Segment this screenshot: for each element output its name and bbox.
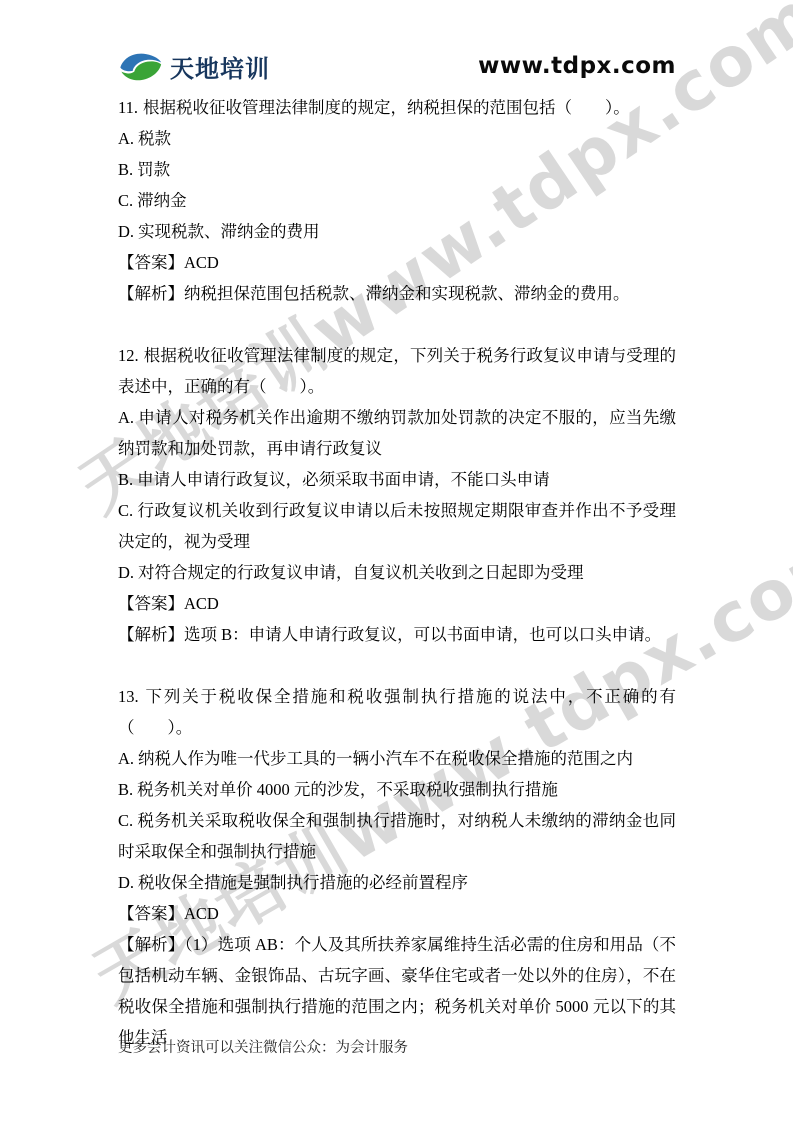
footer-note: 更多会计资讯可以关注微信公众：为会计服务 [118,1039,408,1057]
option-a: A.纳税人作为唯一代步工具的一辆小汽车不在税收保全措施的范围之内 [118,743,676,774]
option-label: B. [118,160,133,179]
question-stem: 13.下列关于税收保全措施和税收强制执行措施的说法中，不正确的有（ ）。 [118,681,676,743]
option-text: 税收保全措施是强制执行措施的必经前置程序 [138,873,468,892]
question-12: 12.根据税收征收管理法律制度的规定，下列关于税务行政复议申请与受理的表述中，正… [118,340,676,650]
website-url: www.tdpx.com [478,53,676,79]
analysis-line: 【解析】（1）选项 AB：个人及其所扶养家属维持生活必需的住房和用品（不包括机动… [118,929,676,1053]
option-c: C.税务机关采取税收保全和强制执行措施时，对纳税人未缴纳的滞纳金也同时采取保全和… [118,805,676,867]
option-b: B.罚款 [118,154,676,185]
option-c: C.滞纳金 [118,185,676,216]
analysis-label: 【解析】 [118,625,184,644]
brand-logo: 天地培训 [118,49,270,84]
swirl-logo-icon [118,51,164,82]
option-text: 滞纳金 [137,191,187,210]
option-label: D. [118,873,134,892]
analysis-text: （1）选项 AB：个人及其所扶养家属维持生活必需的住房和用品（不包括机动车辆、金… [118,935,676,1047]
option-text: 申请人申请行政复议，必须采取书面申请，不能口头申请 [137,470,550,489]
option-text: 罚款 [137,160,170,179]
answer-label: 【答案】 [118,594,184,613]
answer-label: 【答案】 [118,904,184,923]
option-text: 实现税款、滞纳金的费用 [138,222,320,241]
analysis-text: 选项 B：申请人申请行政复议，可以书面申请，也可以口头申请。 [184,625,661,644]
question-stem: 12.根据税收征收管理法律制度的规定，下列关于税务行政复议申请与受理的表述中，正… [118,340,676,402]
answer-label: 【答案】 [118,253,184,272]
option-label: C. [118,811,133,830]
option-label: A. [118,749,134,768]
question-stem: 11.根据税收征收管理法律制度的规定，纳税担保的范围包括（ ）。 [118,92,676,123]
option-d: D.对符合规定的行政复议申请，自复议机关收到之日起即为受理 [118,557,676,588]
option-d: D.税收保全措施是强制执行措施的必经前置程序 [118,867,676,898]
question-11: 11.根据税收征收管理法律制度的规定，纳税担保的范围包括（ ）。 A.税款 B.… [118,92,676,309]
option-label: B. [118,470,133,489]
option-label: C. [118,501,133,520]
option-label: B. [118,780,133,799]
option-label: C. [118,191,133,210]
option-label: A. [118,408,134,427]
option-text: 税务机关采取税收保全和强制执行措施时，对纳税人未缴纳的滞纳金也同时采取保全和强制… [118,811,676,861]
option-d: D.实现税款、滞纳金的费用 [118,216,676,247]
option-text: 税务机关对单价 4000 元的沙发，不采取税收强制执行措施 [137,780,558,799]
brand-name: 天地培训 [170,49,270,84]
option-text: 申请人对税务机关作出逾期不缴纳罚款加处罚款的决定不服的，应当先缴纳罚款和加处罚款… [118,408,676,458]
analysis-label: 【解析】 [118,935,184,954]
option-text: 行政复议机关收到行政复议申请以后未按照规定期限审查并作出不予受理决定的，视为受理 [118,501,676,551]
option-a: A.申请人对税务机关作出逾期不缴纳罚款加处罚款的决定不服的，应当先缴纳罚款和加处… [118,402,676,464]
option-label: A. [118,129,134,148]
question-number: 11. [118,98,138,117]
answer-value: ACD [184,253,219,272]
answer-value: ACD [184,904,219,923]
analysis-line: 【解析】纳税担保范围包括税款、滞纳金和实现税款、滞纳金的费用。 [118,278,676,309]
analysis-label: 【解析】 [118,284,184,303]
option-label: D. [118,563,134,582]
answer-line: 【答案】ACD [118,247,676,278]
option-label: D. [118,222,134,241]
option-text: 纳税人作为唯一代步工具的一辆小汽车不在税收保全措施的范围之内 [138,749,633,768]
analysis-line: 【解析】选项 B：申请人申请行政复议，可以书面申请，也可以口头申请。 [118,619,676,650]
option-text: 对符合规定的行政复议申请，自复议机关收到之日起即为受理 [138,563,584,582]
question-stem-text: 根据税收征收管理法律制度的规定，下列关于税务行政复议申请与受理的表述中，正确的有… [118,346,676,396]
question-stem-text: 下列关于税收保全措施和税收强制执行措施的说法中，不正确的有（ ）。 [118,687,676,737]
page-header: 天地培训 www.tdpx.com [118,44,676,88]
option-b: B.税务机关对单价 4000 元的沙发，不采取税收强制执行措施 [118,774,676,805]
option-text: 税款 [138,129,171,148]
answer-line: 【答案】ACD [118,898,676,929]
answer-value: ACD [184,594,219,613]
question-stem-text: 根据税收征收管理法律制度的规定，纳税担保的范围包括（ ）。 [143,98,630,117]
option-b: B.申请人申请行政复议，必须采取书面申请，不能口头申请 [118,464,676,495]
option-c: C.行政复议机关收到行政复议申请以后未按照规定期限审查并作出不予受理决定的，视为… [118,495,676,557]
analysis-text: 纳税担保范围包括税款、滞纳金和实现税款、滞纳金的费用。 [184,284,630,303]
option-a: A.税款 [118,123,676,154]
question-number: 13. [118,687,139,706]
document-body: 11.根据税收征收管理法律制度的规定，纳税担保的范围包括（ ）。 A.税款 B.… [118,92,676,1053]
question-13: 13.下列关于税收保全措施和税收强制执行措施的说法中，不正确的有（ ）。 A.纳… [118,681,676,1053]
answer-line: 【答案】ACD [118,588,676,619]
question-number: 12. [118,346,139,365]
